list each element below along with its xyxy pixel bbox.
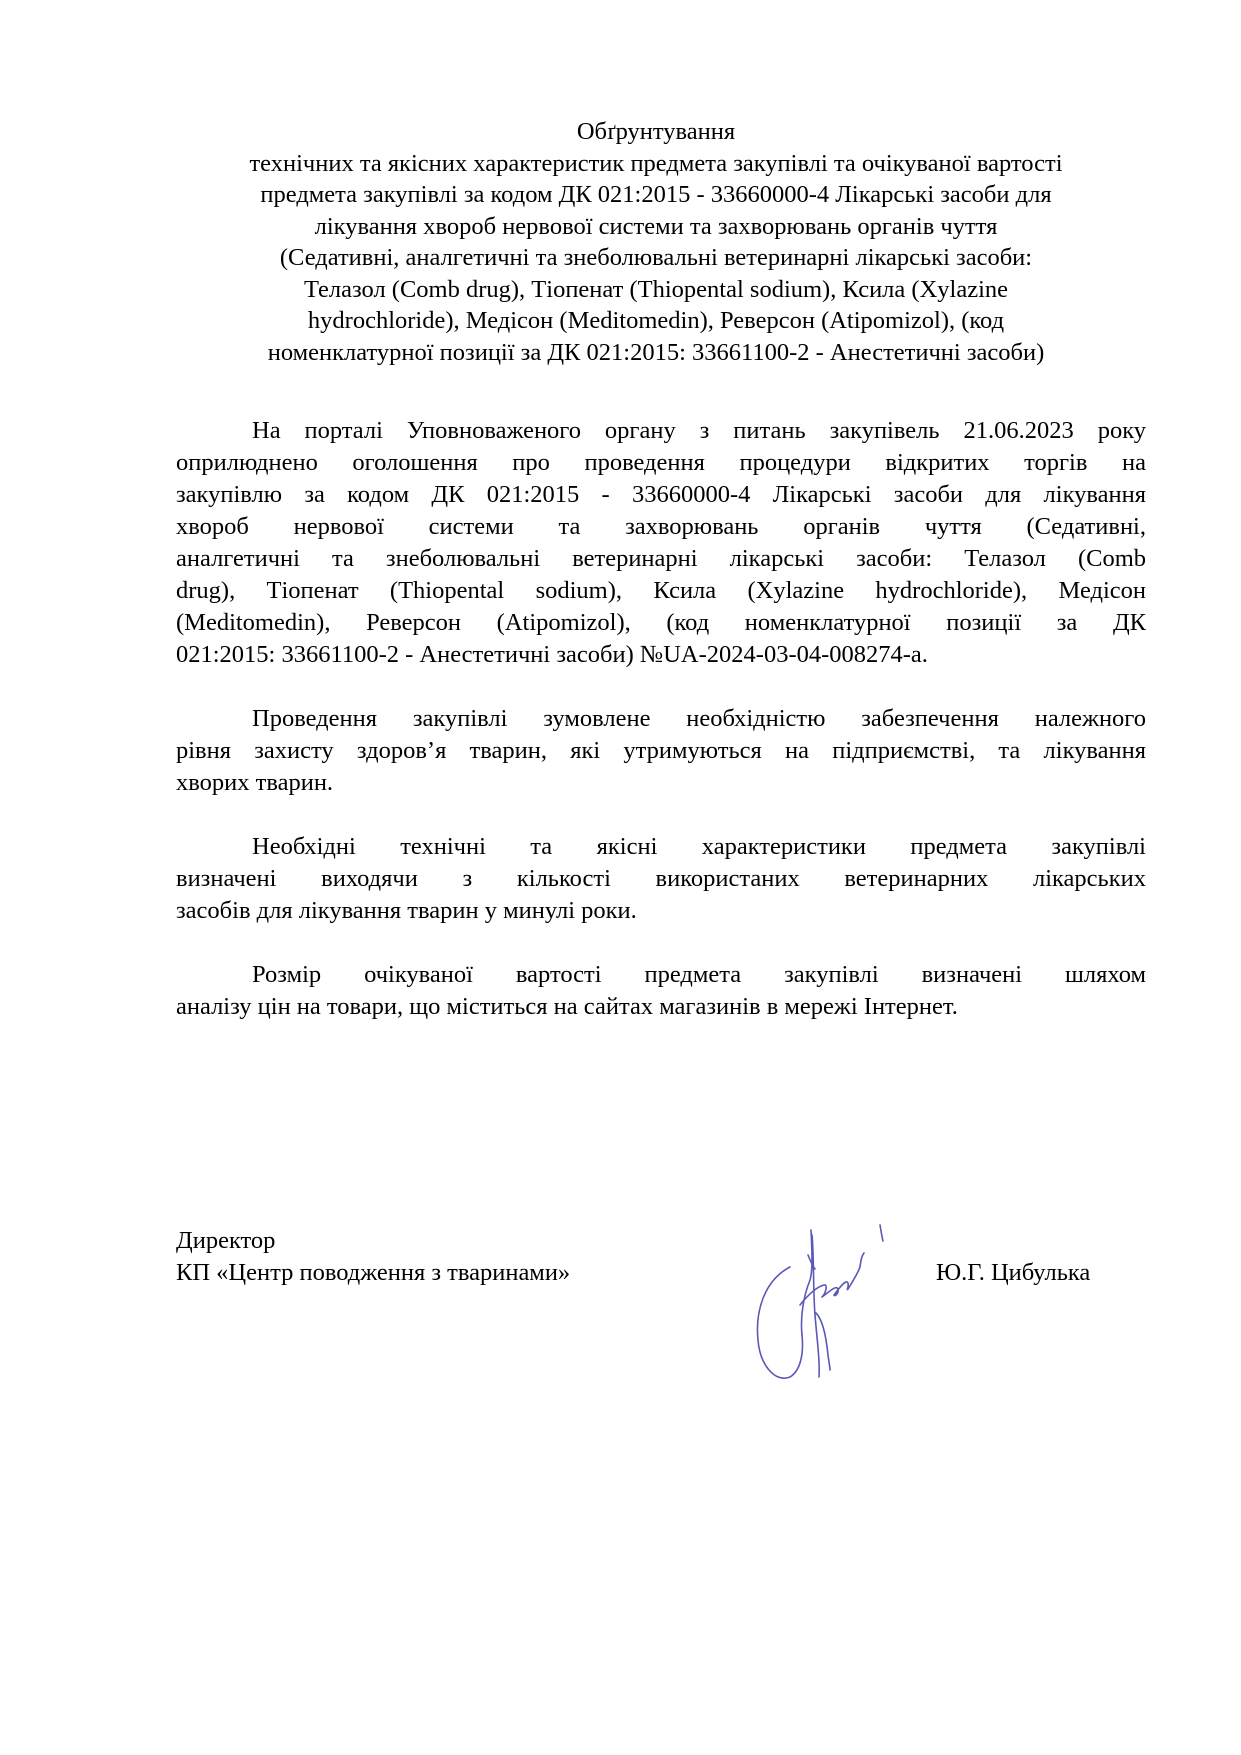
text-line: Необхідні технічні та якісні характерист… — [176, 831, 1146, 863]
text-line: хворих тварин. — [176, 767, 1146, 799]
title-line: Обґрунтування — [186, 116, 1126, 148]
text-line: засобів для лікування тварин у минулі ро… — [176, 895, 1146, 927]
title-line: технічних та якісних характеристик предм… — [186, 148, 1126, 180]
paragraph-expected-cost: Розмір очікуваної вартості предмета заку… — [176, 959, 1146, 1023]
text-line: drug), Тіопенат (Thiopental sodium), Кси… — [176, 575, 1146, 607]
document-page: Обґрунтування технічних та якісних харак… — [176, 116, 1146, 1055]
paragraph-characteristics: Необхідні технічні та якісні характерист… — [176, 831, 1146, 927]
text-line: оприлюднено оголошення про проведення пр… — [176, 447, 1146, 479]
document-title: Обґрунтування технічних та якісних харак… — [186, 116, 1126, 368]
text-line: Розмір очікуваної вартості предмета заку… — [176, 959, 1146, 991]
text-line: аналізу цін на товари, що міститься на с… — [176, 991, 1146, 1023]
text-line: хвороб нервової системи та захворювань о… — [176, 511, 1146, 543]
signatory-name: Ю.Г. Цибулька — [936, 1257, 1090, 1289]
text-line: рівня захисту здоров’я тварин, які утрим… — [176, 735, 1146, 767]
title-line: предмета закупівлі за кодом ДК 021:2015 … — [186, 179, 1126, 211]
paragraph-announcement: На порталі Уповноваженого органу з питан… — [176, 415, 1146, 671]
text-line: закупівлю за кодом ДК 021:2015 - 3366000… — [176, 479, 1146, 511]
text-line: визначені виходячи з кількості використа… — [176, 863, 1146, 895]
text-line: (Meditomedin), Реверсон (Atipomizol), (к… — [176, 607, 1146, 639]
text-line: 021:2015: 33661100-2 - Анестетичні засоб… — [176, 639, 1146, 671]
document-body: На порталі Уповноваженого органу з питан… — [176, 415, 1146, 1023]
signature-block: Директор КП «Центр поводження з тваринам… — [176, 1225, 1146, 1289]
title-line: (Седативні, аналгетичні та знеболювальні… — [186, 242, 1126, 274]
title-line: лікування хвороб нервової системи та зах… — [186, 211, 1126, 243]
text-line: Проведення закупівлі зумовлене необхідні… — [176, 703, 1146, 735]
title-line: Телазол (Comb drug), Тіопенат (Thiopenta… — [186, 274, 1126, 306]
title-line: номенклатурної позиції за ДК 021:2015: 3… — [186, 337, 1126, 369]
title-line: hydrochloride), Медісон (Meditomedin), Р… — [186, 305, 1126, 337]
text-line: аналгетичні та знеболювальні ветеринарні… — [176, 543, 1146, 575]
handwritten-signature-icon — [720, 1195, 920, 1390]
paragraph-purpose: Проведення закупівлі зумовлене необхідні… — [176, 703, 1146, 799]
text-line: На порталі Уповноваженого органу з питан… — [176, 415, 1146, 447]
signatory-position: Директор — [176, 1225, 1146, 1257]
